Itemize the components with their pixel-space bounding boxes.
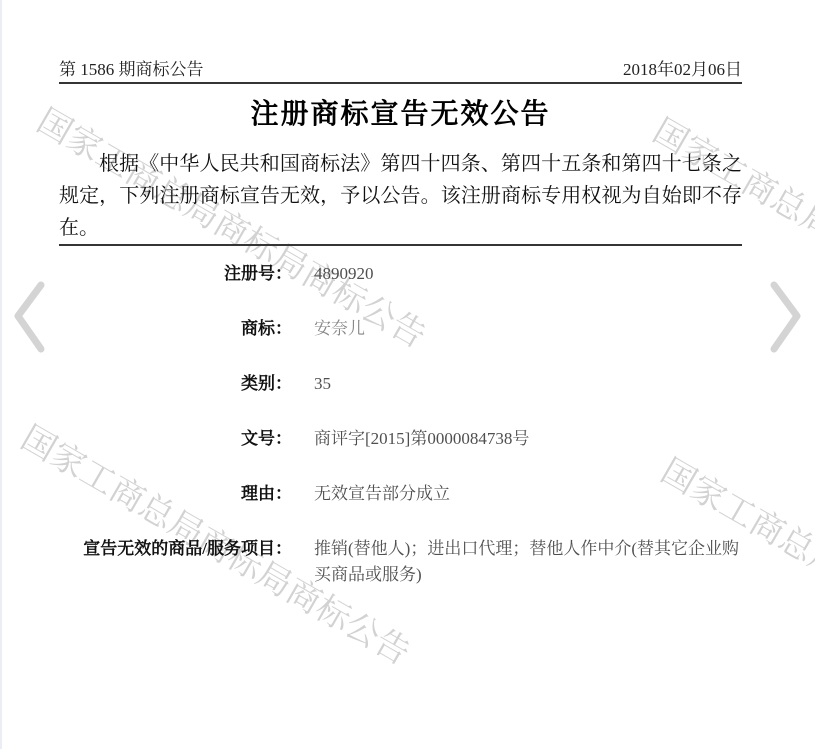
field-label: 商标：	[59, 316, 292, 342]
document-number-value: 商评字[2015]第0000084738号	[314, 426, 739, 452]
page-header: 第 1586 期商标公告 2018年02月06日	[59, 55, 742, 80]
field-label: 注册号：	[59, 261, 292, 287]
announcement-page: 国家工商总局商标局商标公告 国家工商总局商标局商标公告 国家工商总局商标局商标公…	[0, 0, 815, 749]
field-row-trademark-name: 商标： 安奈儿	[59, 316, 742, 342]
field-label: 类别：	[59, 371, 292, 397]
trademark-name-value: 安奈儿	[314, 316, 739, 342]
field-label: 文号：	[59, 426, 292, 452]
prev-page-button[interactable]	[6, 276, 52, 360]
field-label: 理由：	[59, 481, 292, 507]
next-page-button[interactable]	[763, 276, 809, 360]
page-title: 注册商标宣告无效公告	[59, 92, 742, 132]
fields-divider	[59, 244, 742, 246]
field-label: 宣告无效的商品/服务项目：	[59, 536, 292, 588]
gazette-date: 2018年02月06日	[623, 55, 742, 80]
field-row-document-number: 文号： 商评字[2015]第0000084738号	[59, 426, 742, 452]
field-row-reason: 理由： 无效宣告部分成立	[59, 481, 742, 507]
field-row-invalidated-services: 宣告无效的商品/服务项目： 推销(替他人)；进出口代理；替他人作中介(替其它企业…	[59, 536, 742, 588]
reason-value: 无效宣告部分成立	[314, 481, 739, 507]
header-divider	[59, 82, 742, 84]
field-row-registration-number: 注册号： 4890920	[59, 261, 742, 287]
gazette-issue-number: 第 1586 期商标公告	[59, 55, 204, 80]
registration-number-value: 4890920	[314, 261, 739, 287]
trademark-detail-list: 注册号： 4890920 商标： 安奈儿 类别： 35 文号： 商评字[2015…	[59, 261, 742, 617]
invalidated-services-value: 推销(替他人)；进出口代理；替他人作中介(替其它企业购买商品或服务)	[314, 536, 739, 588]
chevron-right-icon	[766, 278, 806, 358]
legal-basis-paragraph: 根据《中华人民共和国商标法》第四十四条、第四十五条和第四十七条之规定，下列注册商…	[59, 148, 742, 244]
class-value: 35	[314, 371, 739, 397]
chevron-left-icon	[9, 278, 49, 358]
field-row-class: 类别： 35	[59, 371, 742, 397]
